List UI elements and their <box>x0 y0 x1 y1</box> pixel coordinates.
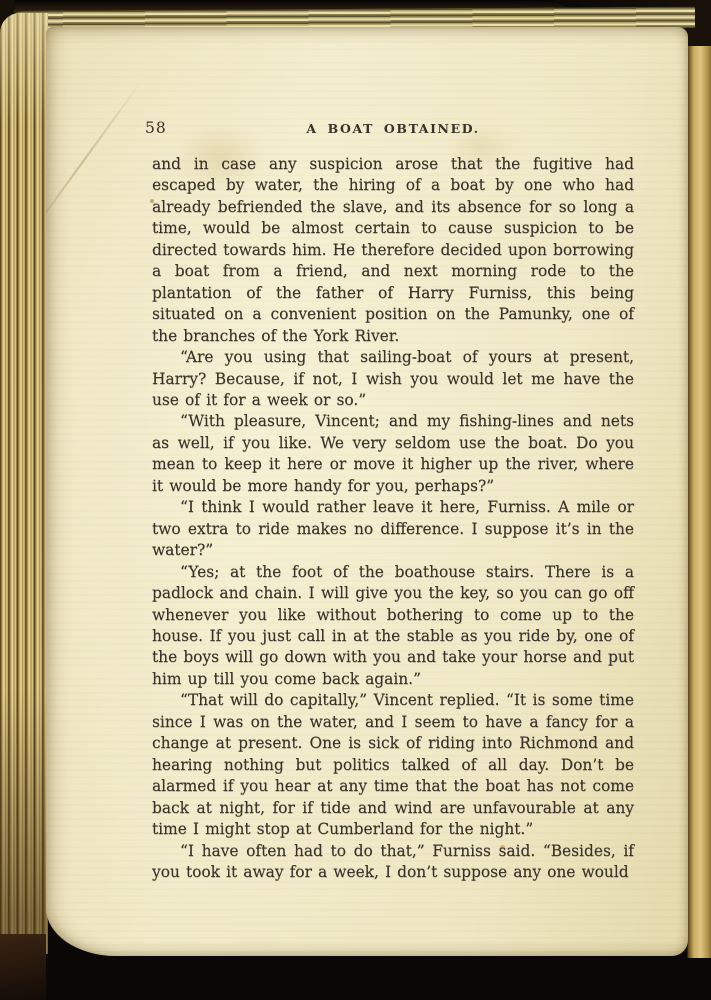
body-paragraph: “Are you using that sailing-boat of your… <box>152 347 634 411</box>
book-right-page-edges <box>687 46 711 958</box>
body-paragraph: “I think I would rather leave it here, F… <box>152 497 634 561</box>
body-paragraph: “Yes; at the foot of the boathouse stair… <box>152 562 634 691</box>
body-paragraph-continued: and in case any suspicion arose that the… <box>152 154 634 347</box>
book-left-page-edges <box>0 13 48 954</box>
book-page: 58 A BOAT OBTAINED. and in case any susp… <box>46 27 688 956</box>
body-paragraph: “With pleasure, Vincent; and my fishing-… <box>152 411 634 497</box>
running-header: A BOAT OBTAINED. <box>152 119 634 138</box>
body-text: and in case any suspicion arose that the… <box>152 154 634 883</box>
body-paragraph: “That will do capitally,” Vincent replie… <box>152 690 634 840</box>
text-column: 58 A BOAT OBTAINED. and in case any susp… <box>152 119 634 883</box>
page-header: 58 A BOAT OBTAINED. <box>152 119 634 138</box>
body-paragraph: “I have often had to do that,” Furniss s… <box>152 841 634 884</box>
book-spine-corner <box>0 934 46 1000</box>
book-scan: 58 A BOAT OBTAINED. and in case any susp… <box>0 0 711 1000</box>
page-number: 58 <box>145 119 167 138</box>
paper-crease <box>46 78 144 253</box>
